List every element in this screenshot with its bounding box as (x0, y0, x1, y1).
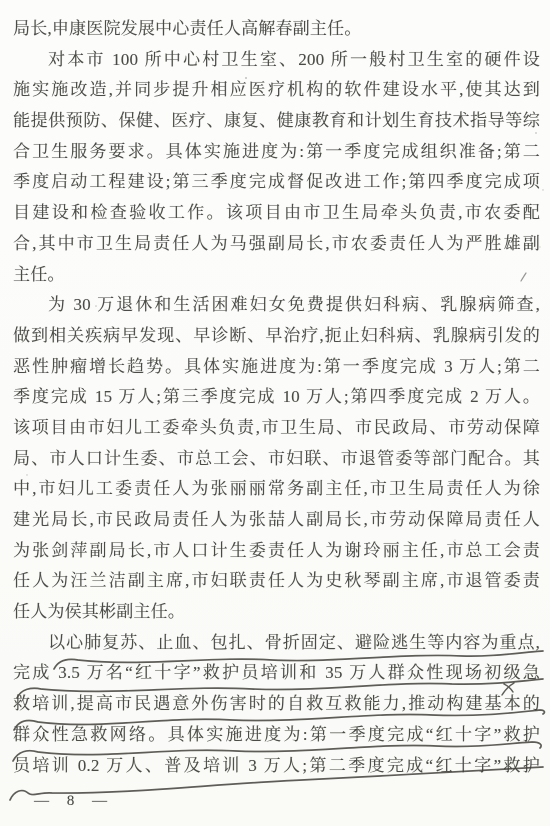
text-line: 建光局长,市民政局责任人为张喆人副局长,市劳动保障局责任人 (13, 505, 540, 536)
text-line: 为张剑萍副局长,市人口计生委责任人为谢玲丽主任,市总工会责 (13, 536, 540, 567)
document-page: 局长,申康医院发展中心责任人高解春副主任。对本市 100 所中心村卫生室、200… (0, 0, 550, 826)
text-line: 救培训,提高市民遇意外伤害时的自救互救能力,推动构建基本的 (13, 689, 540, 720)
text-line: 做到相关疾病早发现、早诊断、早治疗,扼止妇科病、乳腺病引发的 (13, 321, 540, 352)
text-line: 以心肺复苏、止血、包扎、骨折固定、避险逃生等内容为重点, (13, 628, 540, 659)
text-line: 该项目由市妇儿工委牵头负责,市卫生局、市民政局、市劳动保障 (13, 413, 540, 444)
text-line: 为 30 万退休和生活困难妇女免费提供妇科病、乳腺病筛查, (13, 290, 540, 321)
text-line: 中,市妇儿工委责任人为张丽丽常务副主任,市卫生局责任人为徐 (13, 474, 540, 505)
text-line: 恶性肿瘤增长趋势。具体实施进度为:第一季度完成 3 万人;第二 (13, 352, 540, 383)
text-line: 任人为侯其彬副主任。 (13, 597, 540, 628)
text-line: 施实施改造,并同步提升相应医疗机构的软件建设水平,使其达到 (13, 75, 540, 106)
page-number: — 8 — (34, 793, 109, 810)
text-line: 完成 3.5 万名“红十字”救护员培训和 35 万人群众性现场初级急 (13, 658, 540, 689)
text-line: 季度完成 15 万人;第三季度完成 10 万人;第四季度完成 2 万人。 (13, 382, 540, 413)
text-line: 任人为汪兰洁副主席,市妇联责任人为史秋琴副主席,市退管委责 (13, 566, 540, 597)
text-line: 合卫生服务要求。具体实施进度为:第一季度完成组织准备;第二 (13, 137, 540, 168)
text-line: 能提供预防、保健、医疗、康复、健康教育和计划生育技术指导等综 (13, 106, 540, 137)
text-line: 对本市 100 所中心村卫生室、200 所一般村卫生室的硬件设 (13, 45, 540, 76)
document-body: 局长,申康医院发展中心责任人高解春副主任。对本市 100 所中心村卫生室、200… (13, 14, 540, 781)
text-line: 员培训 0.2 万人、普及培训 3 万人;第二季度完成“红十字”救护 (13, 751, 540, 782)
text-line: 主任。 (13, 260, 540, 291)
text-line: 群众性急救网络。具体实施进度为:第一季度完成“红十字”救护 (13, 720, 540, 751)
text-line: 季度启动工程建设;第三季度完成督促改进工作;第四季度完成项 (13, 167, 540, 198)
text-line: 局、市人口计生委、市总工会、市妇联、市退管委等部门配合。其 (13, 444, 540, 475)
text-line: 合,其中市卫生局责任人为马强副局长,市农委责任人为严胜雄副 (13, 229, 540, 260)
text-line: 目建设和检查验收工作。该项目由市卫生局牵头负责,市农委配 (13, 198, 540, 229)
text-line: 局长,申康医院发展中心责任人高解春副主任。 (13, 14, 540, 45)
